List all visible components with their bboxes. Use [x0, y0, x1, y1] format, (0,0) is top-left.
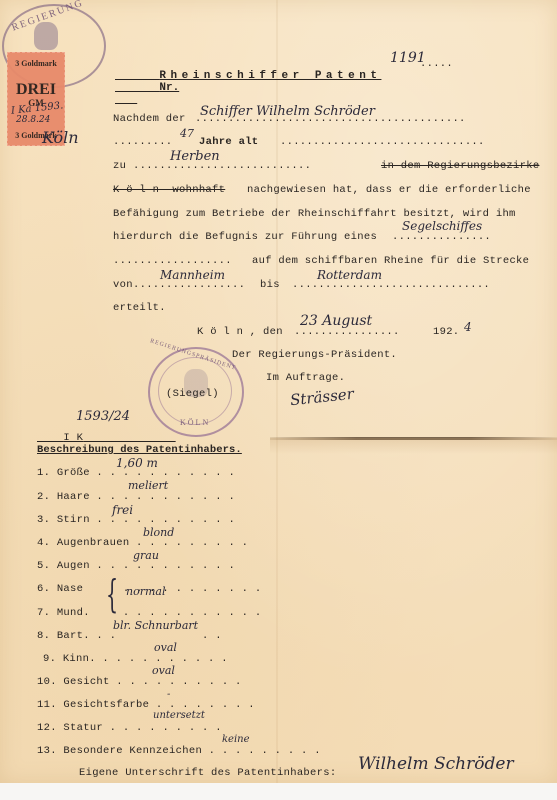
holder-signature-label: Eigene Unterschrift des Patentinhabers:: [79, 767, 336, 779]
on-behalf: Im Auftrage.: [266, 372, 345, 384]
desc-value-5: grau: [133, 549, 159, 562]
desc-value-10: oval: [152, 664, 175, 677]
title-text: Rheinschiffer Patent: [159, 70, 381, 82]
line7-dots: ..................: [113, 255, 232, 267]
item-number: 2.: [37, 491, 50, 503]
desc-item-7: 7. Mund. . . . . . . . . . . .: [37, 607, 261, 619]
desc-value-12: untersetzt: [153, 710, 205, 721]
issue-year-suffix: 4: [464, 320, 472, 334]
patent-document: REGIERUNG 3 Goldmark DREI GM 3 Goldmark …: [0, 0, 557, 783]
document-title: Rheinschiffer Patent Nr.: [115, 58, 381, 106]
item-number: 7.: [37, 607, 50, 619]
desc-value-13: keine: [222, 734, 250, 745]
line3-struck-text: in dem Regierungsbezirke: [381, 160, 539, 172]
item-label: Statur: [63, 722, 103, 734]
route-to: Rotterdam: [317, 268, 382, 282]
stamp-handwritten-city: Köln: [42, 128, 79, 147]
desc-value-6-7: normal: [126, 585, 165, 598]
item-label: Augenbrauen: [57, 537, 130, 549]
item-label: Bart.: [57, 630, 90, 642]
item-number: 6.: [37, 583, 50, 595]
item-number: 9.: [43, 653, 56, 665]
desc-value-2: meliert: [128, 479, 168, 492]
desc-value-11: -: [167, 689, 170, 700]
reference-prefix: I K: [63, 432, 83, 444]
item-label: Stirn: [57, 514, 90, 526]
line1-label: Nachdem der: [113, 113, 186, 125]
desc-value-1: 1,60 m: [116, 456, 158, 470]
item-label: Haare: [57, 491, 90, 503]
line6-text: hierdurch die Befugnis zur Führung eines: [113, 231, 377, 243]
item-number: 8.: [37, 630, 50, 642]
issue-date: 23 August: [300, 313, 372, 329]
holder-residence: Herben: [170, 149, 220, 164]
curly-bracket-icon: {: [106, 572, 118, 616]
item-label: Besondere Kennzeichen: [63, 745, 202, 757]
item-label: Größe: [57, 467, 90, 479]
fold-shadow: [270, 438, 557, 454]
line4-struck-text: K ö l n wohnhaft: [113, 184, 225, 196]
item-number: 12.: [37, 722, 57, 734]
line8-from-label: von: [113, 279, 133, 291]
vessel-type: Segelschiffes: [402, 219, 482, 233]
official-signature: Strässer: [289, 385, 354, 410]
description-heading: Beschreibung des Patentinhabers.: [37, 444, 242, 456]
line4-text: nachgewiesen hat, dass er die erforderli…: [247, 184, 531, 196]
holder-signature: Wilhelm Schröder: [358, 754, 514, 774]
official-seal-city: KÖLN: [180, 418, 210, 427]
item-number: 13.: [37, 745, 57, 757]
issue-place: K ö l n , den: [197, 326, 283, 338]
item-label: Gesicht: [63, 676, 109, 688]
stamp-main-value: DREI: [8, 81, 64, 99]
line3-dots: ...........................: [133, 160, 311, 172]
desc-value-8: blr. Schnurbart: [113, 619, 198, 632]
desc-value-9: oval: [154, 641, 177, 654]
route-from: Mannheim: [160, 268, 225, 282]
desc-item-2: 2. Haare . . . . . . . . . . .: [37, 491, 235, 503]
item-number: 5.: [37, 560, 50, 572]
line3-prefix: zu: [113, 160, 126, 172]
issue-year-prefix: 192.: [433, 326, 459, 338]
item-number: 4.: [37, 537, 50, 549]
line2-dots: .........: [113, 136, 172, 148]
desc-item-11: 11. Gesichtsfarbe . . . . . . . .: [37, 699, 255, 711]
desc-value-4: blond: [143, 526, 174, 539]
reference-number: 1593/24: [76, 409, 130, 424]
desc-item-12: 12. Statur . . . . . . . . .: [37, 722, 222, 734]
item-label: Kinn.: [63, 653, 96, 665]
stamp-top-value: 3 Goldmark: [8, 59, 64, 68]
holder-occupation-name: Schiffer Wilhelm Schröder: [200, 104, 375, 119]
item-number: 3.: [37, 514, 50, 526]
line2-label: Jahre alt: [199, 136, 258, 148]
item-number: 11.: [37, 699, 57, 711]
line9-text: erteilt.: [113, 302, 166, 314]
line8-to-label: bis: [260, 279, 280, 291]
number-label: Nr.: [159, 82, 179, 94]
desc-item-3: 3. Stirn . . . . . . . . . . .: [37, 514, 235, 526]
item-label: Augen: [57, 560, 90, 572]
item-number: 1.: [37, 467, 50, 479]
desc-item-10: 10. Gesicht . . . . . . . . . .: [37, 676, 242, 688]
desc-item-13: 13. Besondere Kennzeichen . . . . . . . …: [37, 745, 321, 757]
holder-age: 47: [180, 127, 194, 140]
item-label: Gesichtsfarbe: [63, 699, 149, 711]
desc-item-9: 9. Kinn. . . . . . . . . . .: [43, 653, 228, 665]
number-dots: .....: [420, 58, 453, 70]
line2-trailing-dots: ...............................: [280, 136, 485, 148]
reference-underline-space: [83, 432, 175, 444]
desc-value-3: frei: [112, 503, 133, 517]
line7-text: auf dem schiffbaren Rheine für die Strec…: [252, 255, 529, 267]
eagle-emblem-icon: [34, 22, 58, 50]
item-label: Mund.: [57, 607, 90, 619]
authority: Der Regierungs-Präsident.: [232, 349, 397, 361]
item-label: Nase: [57, 583, 83, 595]
seal-label: (Siegel): [166, 388, 219, 400]
item-number: 10.: [37, 676, 57, 688]
stamp-handwritten-date: 28.8.24: [16, 115, 50, 125]
